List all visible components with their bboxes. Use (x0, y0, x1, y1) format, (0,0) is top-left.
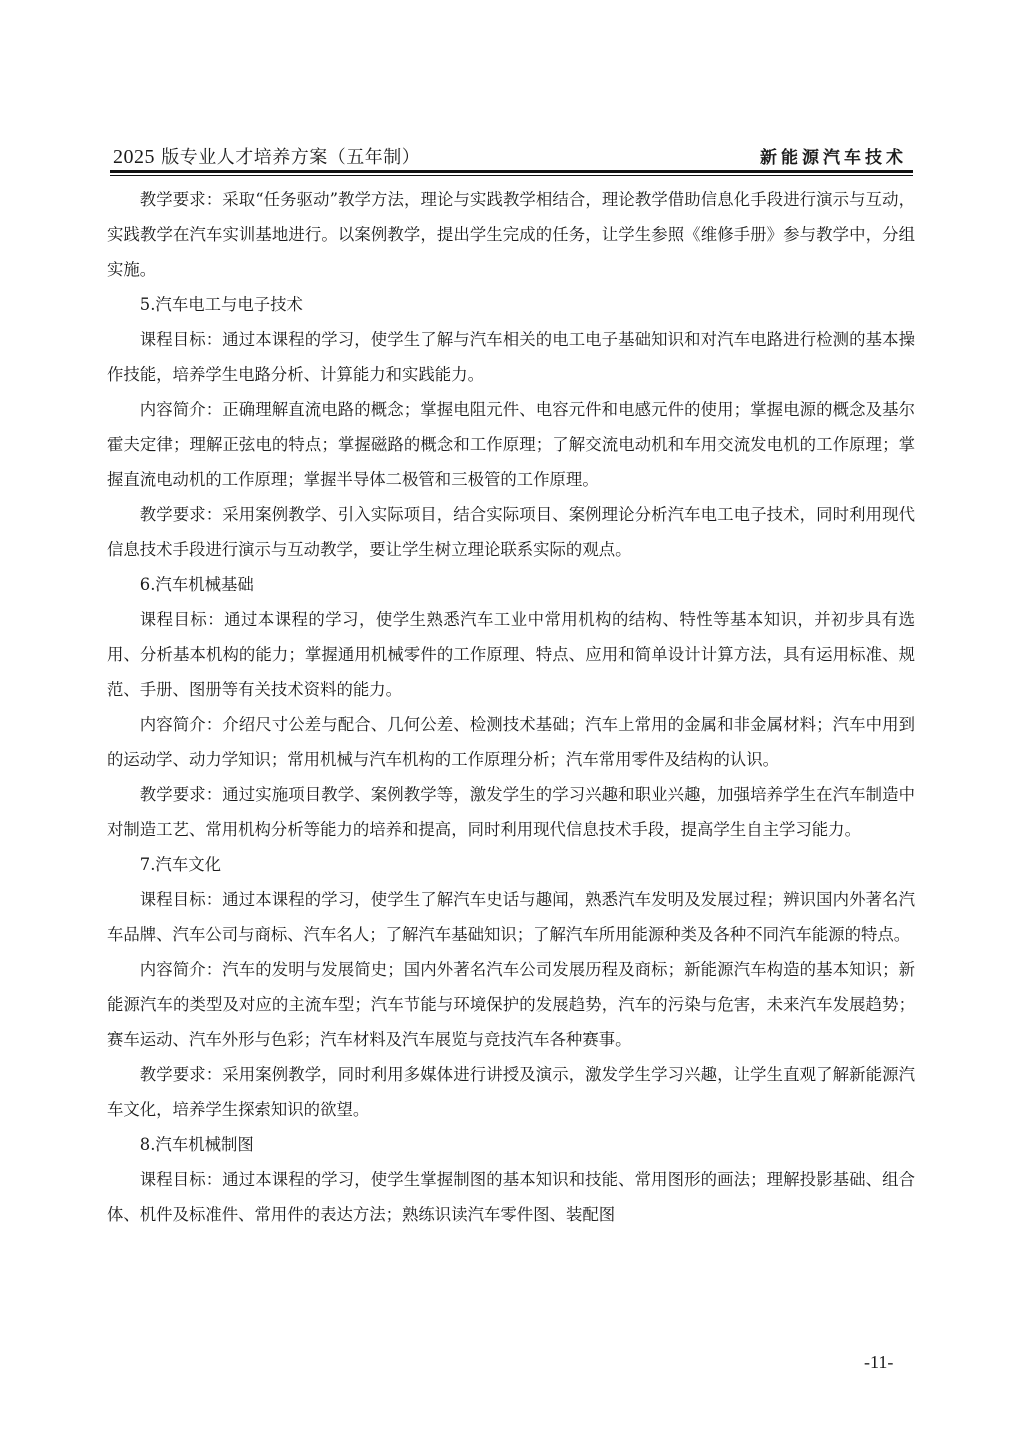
document-title: 2025 版专业人才培养方案（五年制） (113, 143, 420, 169)
paragraph-content-summary: 内容简介：汽车的发明与发展简史；国内外著名汽车公司发展历程及商标；新能源汽车构造… (107, 952, 915, 1057)
header-rule-thin (110, 175, 913, 176)
page-header: 2025 版专业人才培养方案（五年制） 新能源汽车技术 (110, 143, 913, 169)
document-year: 2025 (113, 146, 155, 168)
section-heading-6: 6.汽车机械基础 (107, 567, 915, 602)
section-heading-7: 7.汽车文化 (107, 847, 915, 882)
paragraph-course-goal: 课程目标：通过本课程的学习，使学生了解与汽车相关的电工电子基础知识和对汽车电路进… (107, 322, 915, 392)
paragraph-teaching-requirements: 教学要求：通过实施项目教学、案例教学等，激发学生的学习兴趣和职业兴趣，加强培养学… (107, 777, 915, 847)
paragraph-content-summary: 内容简介：正确理解直流电路的概念；掌握电阻元件、电容元件和电感元件的使用；掌握电… (107, 392, 915, 497)
paragraph-course-goal: 课程目标：通过本课程的学习，使学生熟悉汽车工业中常用机构的结构、特性等基本知识，… (107, 602, 915, 707)
document-title-text: 版专业人才培养方案（五年制） (155, 147, 420, 168)
paragraph-teaching-requirements: 教学要求：采用案例教学，同时利用多媒体进行讲授及演示，激发学生学习兴趣，让学生直… (107, 1057, 915, 1127)
paragraph-course-goal: 课程目标：通过本课程的学习，使学生掌握制图的基本知识和技能、常用图形的画法；理解… (107, 1162, 915, 1232)
header-rule-thick (110, 170, 913, 173)
paragraph-content-summary: 内容简介：介绍尺寸公差与配合、几何公差、检测技术基础；汽车上常用的金属和非金属材… (107, 707, 915, 777)
page-body: 教学要求：采取“任务驱动”教学方法，理论与实践教学相结合，理论教学借助信息化手段… (107, 182, 915, 1232)
page-number: -11- (864, 1352, 893, 1373)
paragraph-teaching-requirements: 教学要求：采用案例教学、引入实际项目，结合实际项目、案例理论分析汽车电工电子技术… (107, 497, 915, 567)
section-heading-8: 8.汽车机械制图 (107, 1127, 915, 1162)
paragraph-teaching-requirements: 教学要求：采取“任务驱动”教学方法，理论与实践教学相结合，理论教学借助信息化手段… (107, 182, 915, 287)
paragraph-course-goal: 课程目标：通过本课程的学习，使学生了解汽车史话与趣闻，熟悉汽车发明及发展过程；辨… (107, 882, 915, 952)
program-name: 新能源汽车技术 (760, 143, 907, 168)
section-heading-5: 5.汽车电工与电子技术 (107, 287, 915, 322)
